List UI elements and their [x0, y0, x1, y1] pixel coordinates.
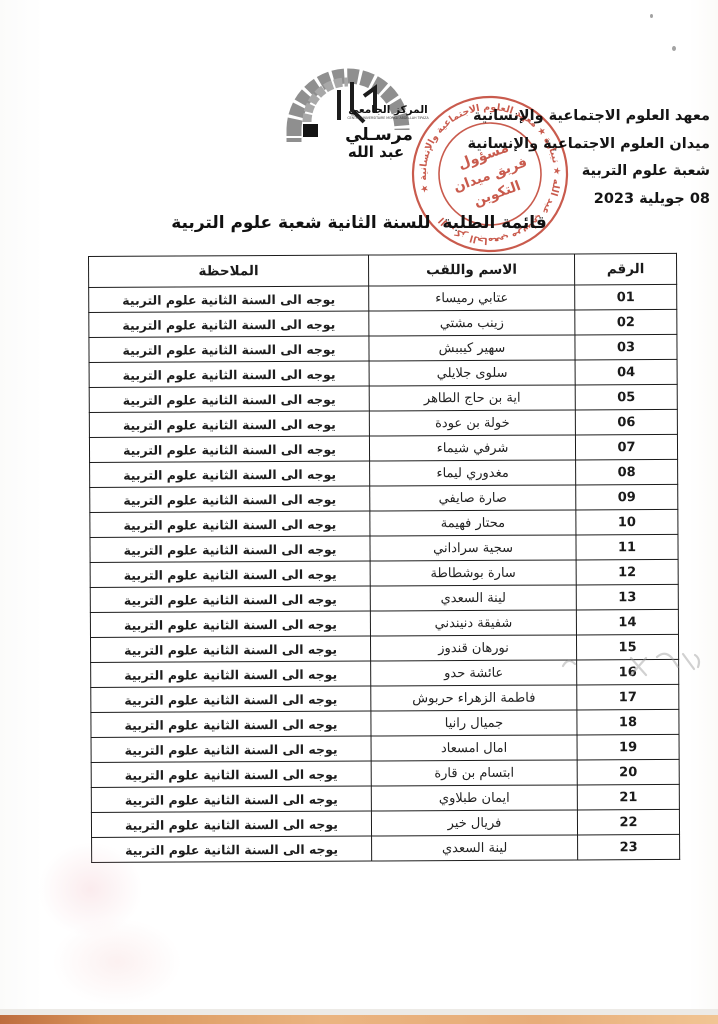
cell-name: سهير كيببش [369, 335, 575, 361]
cell-number: 02 [575, 309, 677, 335]
cell-number: 22 [577, 809, 679, 835]
cell-name: اية بن حاج الطاهر [369, 385, 575, 411]
scan-speck [650, 14, 653, 18]
scan-edge-strip [0, 1015, 718, 1024]
table-row: 22 فريال خير يوجه الى السنة الثانية علوم… [91, 809, 679, 837]
cell-note: يوجه الى السنة الثانية علوم التربية [89, 411, 369, 437]
student-table-body: 01 عتابي رميساء يوجه الى السنة الثانية ع… [89, 284, 680, 862]
table-row: 11 سجية سراداني يوجه الى السنة الثانية ع… [90, 534, 678, 562]
cell-number: 20 [577, 759, 679, 785]
logo-calligraphy-line2: عبد الله [348, 143, 404, 161]
cell-name: فريال خير [371, 810, 577, 836]
cell-note: يوجه الى السنة الثانية علوم التربية [91, 661, 371, 687]
cell-note: يوجه الى السنة الثانية علوم التربية [92, 836, 372, 862]
table-row: 08 مغدوري ليماء يوجه الى السنة الثانية ع… [90, 459, 678, 487]
cell-name: صارة صايفي [370, 485, 576, 511]
cell-number: 14 [576, 609, 678, 635]
page-title: قائمة الطلبة للسنة الثانية شعبة علوم الت… [0, 213, 718, 233]
cell-note: يوجه الى السنة الثانية علوم التربية [90, 586, 370, 612]
header-note: الملاحظة [89, 255, 369, 287]
cell-name: زينب مشتي [369, 310, 575, 336]
cell-note: يوجه الى السنة الثانية علوم التربية [90, 536, 370, 562]
table-row: 12 سارة بوشطاطة يوجه الى السنة الثانية ع… [90, 559, 678, 587]
cell-name: فاطمة الزهراء حربوش [371, 685, 577, 711]
student-table: الرقم الاسم واللقب الملاحظة 01 عتابي رمي… [88, 253, 680, 863]
table-row: 07 شرفي شيماء يوجه الى السنة الثانية علو… [89, 434, 677, 462]
cell-name: مغدوري ليماء [370, 460, 576, 486]
table-row: 18 جميال رانيا يوجه الى السنة الثانية عل… [91, 709, 679, 737]
cell-number: 19 [577, 734, 679, 760]
header-name: الاسم واللقب [368, 254, 574, 286]
scanned-document-page: المركز الجامعي CENTRE UNIVERSITAIRE MORS… [0, 0, 718, 1024]
cell-number: 23 [578, 834, 680, 860]
cell-name: نورهان قندوز [370, 635, 576, 661]
cell-number: 04 [575, 359, 677, 385]
cell-note: يوجه الى السنة الثانية علوم التربية [89, 386, 369, 412]
table-row: 13 لينة السعدي يوجه الى السنة الثانية عل… [90, 584, 678, 612]
cell-number: 12 [576, 559, 678, 585]
cell-name: ايمان طبلاوي [371, 785, 577, 811]
cell-note: يوجه الى السنة الثانية علوم التربية [90, 511, 370, 537]
cell-number: 21 [577, 784, 679, 810]
table-row: 23 لينة السعدي يوجه الى السنة الثانية عل… [92, 834, 680, 862]
cell-number: 03 [575, 334, 677, 360]
cell-name: لينة السعدي [372, 835, 578, 861]
cell-note: يوجه الى السنة الثانية علوم التربية [91, 736, 371, 762]
cell-name: عائشة حدو [371, 660, 577, 686]
logo-year-box [303, 124, 318, 137]
cell-note: يوجه الى السنة الثانية علوم التربية [89, 361, 369, 387]
table-row: 04 سلوى جلايلي يوجه الى السنة الثانية عل… [89, 359, 677, 387]
pink-smudge [52, 918, 182, 1006]
cell-name: خولة بن عودة [369, 410, 575, 436]
table-row: 21 ايمان طبلاوي يوجه الى السنة الثانية ع… [91, 784, 679, 812]
cell-note: يوجه الى السنة الثانية علوم التربية [91, 711, 371, 737]
table-row: 20 ابتسام بن قارة يوجه الى السنة الثانية… [91, 759, 679, 787]
cell-name: جميال رانيا [371, 710, 577, 736]
cell-number: 11 [576, 534, 678, 560]
cell-note: يوجه الى السنة الثانية علوم التربية [90, 611, 370, 637]
header-num: الرقم [574, 253, 676, 285]
table-row: 05 اية بن حاج الطاهر يوجه الى السنة الثا… [89, 384, 677, 412]
cell-name: سارة بوشطاطة [370, 560, 576, 586]
cell-number: 13 [576, 584, 678, 610]
cell-note: يوجه الى السنة الثانية علوم التربية [90, 461, 370, 487]
official-stamp: ★ المركز الجامعي مرسلي عبد الله ★ تيبازة… [404, 88, 576, 260]
table-row: 01 عتابي رميساء يوجه الى السنة الثانية ع… [89, 284, 677, 312]
cell-number: 08 [576, 459, 678, 485]
cell-note: يوجه الى السنة الثانية علوم التربية [89, 436, 369, 462]
cell-name: عتابي رميساء [369, 285, 575, 311]
cell-note: يوجه الى السنة الثانية علوم التربية [89, 336, 369, 362]
table-row: 09 صارة صايفي يوجه الى السنة الثانية علو… [90, 484, 678, 512]
table-header-row: الرقم الاسم واللقب الملاحظة [89, 253, 677, 287]
cell-name: شفيقة دنيندني [370, 610, 576, 636]
cell-number: 07 [575, 434, 677, 460]
table-row: 19 امال امسعاد يوجه الى السنة الثانية عل… [91, 734, 679, 762]
table-row: 03 سهير كيببش يوجه الى السنة الثانية علو… [89, 334, 677, 362]
cell-note: يوجه الى السنة الثانية علوم التربية [89, 311, 369, 337]
cell-note: يوجه الى السنة الثانية علوم التربية [91, 686, 371, 712]
cell-name: ابتسام بن قارة [371, 760, 577, 786]
table-row: 02 زينب مشتي يوجه الى السنة الثانية علوم… [89, 309, 677, 337]
cell-note: يوجه الى السنة الثانية علوم التربية [91, 811, 371, 837]
cell-name: لينة السعدي [370, 585, 576, 611]
cell-note: يوجه الى السنة الثانية علوم التربية [90, 561, 370, 587]
cell-note: يوجه الى السنة الثانية علوم التربية [91, 786, 371, 812]
cell-note: يوجه الى السنة الثانية علوم التربية [90, 636, 370, 662]
table-row: 14 شفيقة دنيندني يوجه الى السنة الثانية … [90, 609, 678, 637]
cell-number: 09 [576, 484, 678, 510]
cell-name: سجية سراداني [370, 535, 576, 561]
scan-speck [672, 46, 676, 51]
cell-name: محتار فهيمة [370, 510, 576, 536]
table-row: 06 خولة بن عودة يوجه الى السنة الثانية ع… [89, 409, 677, 437]
cell-number: 06 [575, 409, 677, 435]
cell-number: 10 [576, 509, 678, 535]
cell-number: 01 [575, 284, 677, 310]
pencil-scribble [555, 646, 715, 701]
cell-number: 18 [577, 709, 679, 735]
cell-note: يوجه الى السنة الثانية علوم التربية [89, 286, 369, 312]
cell-name: سلوى جلايلي [369, 360, 575, 386]
cell-number: 05 [575, 384, 677, 410]
table-row: 10 محتار فهيمة يوجه الى السنة الثانية عل… [90, 509, 678, 537]
cell-name: شرفي شيماء [369, 435, 575, 461]
cell-note: يوجه الى السنة الثانية علوم التربية [90, 486, 370, 512]
cell-note: يوجه الى السنة الثانية علوم التربية [91, 761, 371, 787]
cell-name: امال امسعاد [371, 735, 577, 761]
